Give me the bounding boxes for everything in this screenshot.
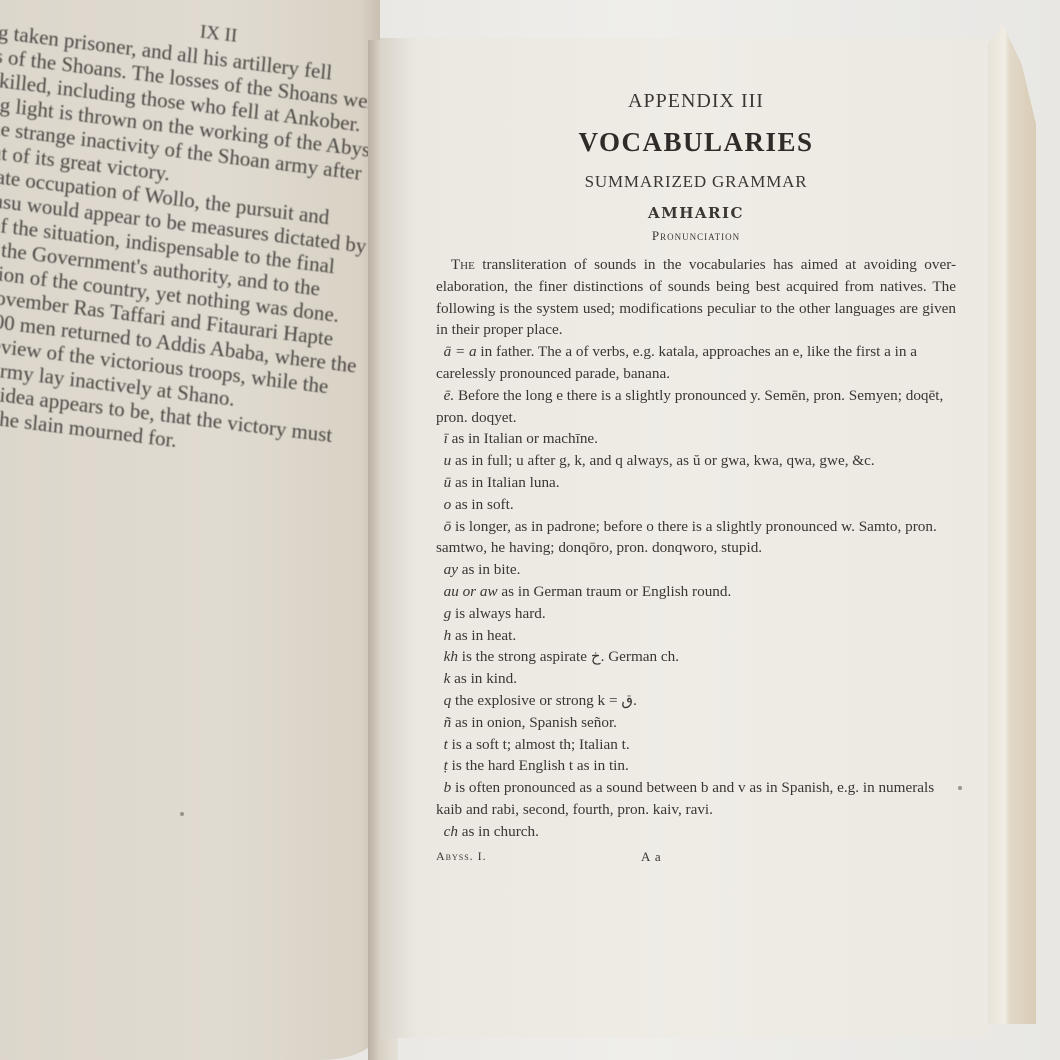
entry-text: is longer, as in padrone; before o there…: [436, 518, 937, 557]
page-title: VOCABULARIES: [436, 127, 956, 158]
list-item: ay as in bite.: [436, 559, 956, 581]
list-item: ē. Before the long e there is a slightly…: [436, 385, 956, 429]
left-page: IX II King taken prisoner, and all his a…: [0, 0, 380, 1060]
list-item: ī as in Italian or machīne.: [436, 428, 956, 450]
entry-text: as in onion, Spanish señor.: [451, 714, 617, 731]
list-item: au or aw as in German traum or English r…: [436, 581, 956, 603]
intro-text: transliteration of sounds in the vocabul…: [436, 256, 956, 338]
entry-text: as in bite.: [458, 561, 520, 578]
entry-text: as in church.: [458, 823, 539, 840]
list-item: u as in full; u after g, k, and q always…: [436, 450, 956, 472]
entry-text: is a soft t; almost th; Italian t.: [448, 736, 630, 753]
page-subtitle: SUMMARIZED GRAMMAR: [436, 172, 956, 192]
entry-text: as in Italian or machīne.: [448, 430, 598, 447]
entry-text: as in soft.: [451, 496, 513, 513]
language-heading: AMHARIC: [436, 204, 956, 222]
entry-text: as in Italian luna.: [451, 474, 559, 491]
list-item: ū as in Italian luna.: [436, 472, 956, 494]
entry-text: as in full; u after g, k, and q always, …: [451, 452, 874, 469]
entry-key: ay: [444, 561, 458, 578]
entry-text: is the strong aspirate خ. German ch.: [458, 648, 679, 665]
list-item: ñ as in onion, Spanish señor.: [436, 712, 956, 734]
appendix-heading: APPENDIX III: [436, 90, 956, 113]
list-item: ā = a in father. The a of verbs, e.g. ka…: [436, 341, 956, 385]
entry-text: the explosive or strong k = ق.: [451, 692, 637, 709]
list-item: h as in heat.: [436, 625, 956, 647]
pronunciation-list: ā = a in father. The a of verbs, e.g. ka…: [436, 341, 956, 842]
intro-lead: The: [451, 256, 475, 273]
entry-key: kh: [444, 648, 458, 665]
entry-key: ch: [444, 823, 458, 840]
list-item: t is a soft t; almost th; Italian t.: [436, 734, 956, 756]
list-item: ō is longer, as in padrone; before o the…: [436, 516, 956, 560]
list-item: kh is the strong aspirate خ. German ch.: [436, 646, 956, 668]
page-footer: Abyss. I. A a: [436, 849, 956, 867]
list-item: k as in kind.: [436, 668, 956, 690]
entry-text: as in heat.: [451, 627, 516, 644]
right-page-content: APPENDIX III VOCABULARIES SUMMARIZED GRA…: [436, 90, 956, 867]
list-item: g is always hard.: [436, 603, 956, 625]
entry-text: is always hard.: [451, 605, 545, 622]
entry-key: ā = a: [444, 343, 477, 360]
entry-text: as in kind.: [450, 670, 517, 687]
section-heading: Pronunciation: [436, 228, 956, 244]
paper-speck: [958, 786, 962, 790]
list-item: b is often pronounced as a sound between…: [436, 777, 956, 821]
page-edges: [988, 24, 1036, 1024]
entry-key: au or aw: [444, 583, 498, 600]
signature-mark: Abyss. I.: [436, 849, 487, 864]
list-item: o as in soft.: [436, 494, 956, 516]
entry-text: is the hard English t as in tin.: [448, 757, 629, 774]
entry-text: is often pronounced as a sound between b…: [436, 779, 934, 818]
entry-text: in father. The a of verbs, e.g. katala, …: [436, 343, 917, 382]
gathering-mark: A a: [641, 849, 662, 865]
list-item: ṭ is the hard English t as in tin.: [436, 755, 956, 777]
entry-key: ē.: [444, 387, 455, 404]
left-page-text: IX II King taken prisoner, and all his a…: [0, 0, 380, 474]
entry-text: as in German traum or English round.: [498, 583, 732, 600]
paper-speck: [180, 812, 184, 816]
intro-paragraph: The transliteration of sounds in the voc…: [436, 254, 956, 341]
list-item: ch as in church.: [436, 821, 956, 843]
list-item: q the explosive or strong k = ق.: [436, 690, 956, 712]
entry-text: Before the long e there is a slightly pr…: [436, 387, 943, 426]
